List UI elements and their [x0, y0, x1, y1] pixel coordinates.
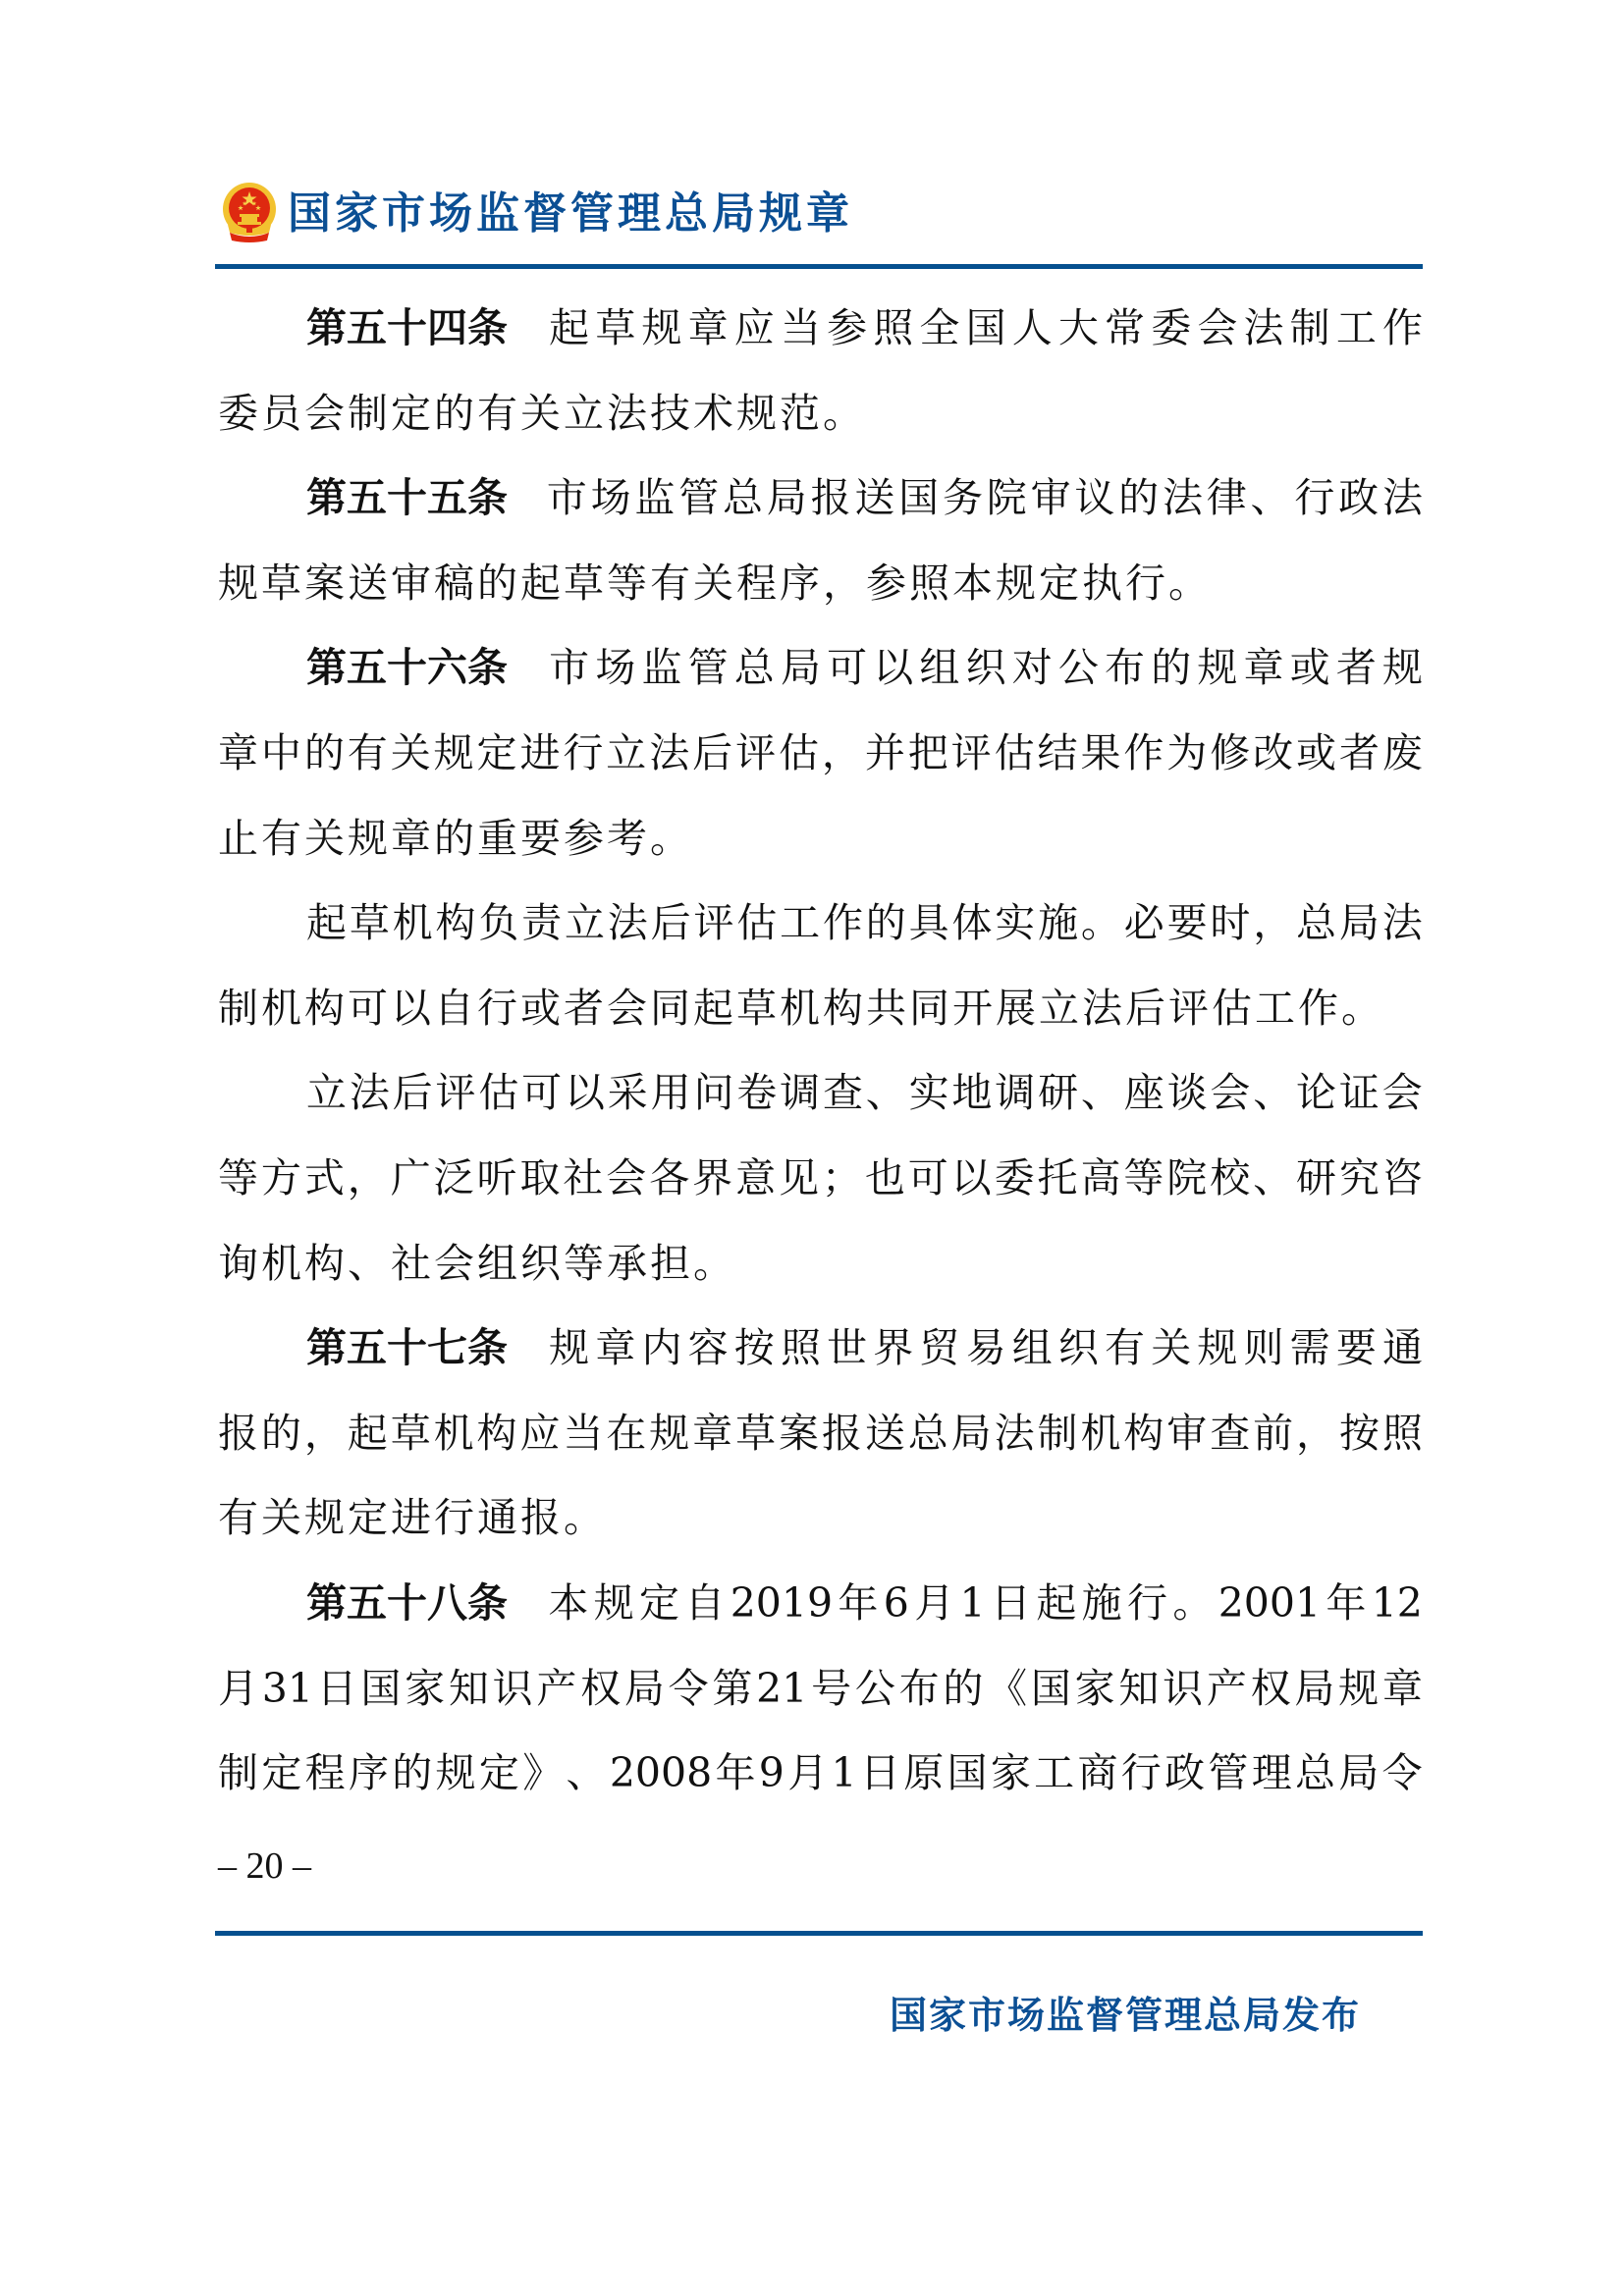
- glyph: 理: [1252, 1731, 1292, 1816]
- glyph: 、: [348, 1221, 388, 1307]
- glyph: 权: [1251, 1646, 1291, 1732]
- glyph: 草: [350, 881, 390, 966]
- glyph: 管: [688, 625, 729, 711]
- glyph: 等: [607, 541, 647, 626]
- glyph: 会: [434, 1221, 474, 1307]
- glyph: 作: [1298, 966, 1338, 1051]
- glyph: 具: [909, 881, 949, 966]
- glyph: 对: [1012, 625, 1053, 711]
- glyph: 贸: [919, 1306, 959, 1391]
- glyph: 9: [759, 1731, 785, 1816]
- glyph: 负: [478, 881, 518, 966]
- article-54-line-1: 第五十四条 起草规章应当参照全国人大常委会法制工作: [218, 286, 1423, 371]
- glyph: 关: [1151, 1306, 1191, 1391]
- glyph: 会: [304, 371, 345, 456]
- glyph: 地: [951, 1050, 992, 1136]
- glyph: 。: [650, 796, 690, 881]
- glyph: 律: [1207, 455, 1247, 541]
- glyph: 市: [549, 625, 589, 711]
- glyph: 的: [434, 371, 474, 456]
- glyph: 构: [823, 966, 863, 1051]
- glyph: 会: [1197, 286, 1237, 371]
- glyph: 布: [1105, 625, 1145, 711]
- glyph: 审: [1166, 1391, 1207, 1476]
- glyph: 局: [1294, 1646, 1334, 1732]
- glyph: 通: [477, 1475, 517, 1561]
- glyph: 体: [951, 881, 992, 966]
- glyph: 研: [1038, 1050, 1078, 1136]
- glyph: 的: [261, 1391, 301, 1476]
- article-54-line-2: 委员会制定的有关立法技术规范。: [218, 371, 1423, 456]
- glyph: 机: [393, 881, 433, 966]
- glyph: 问: [693, 1050, 733, 1136]
- glyph: 制: [218, 966, 258, 1051]
- glyph: 调: [780, 1050, 820, 1136]
- glyph: 、: [1081, 1050, 1121, 1136]
- glyph: 广: [391, 1136, 431, 1221]
- glyph: 起: [306, 881, 347, 966]
- glyph: 以: [565, 1050, 605, 1136]
- glyph: 必: [1124, 881, 1164, 966]
- glyph: 座: [1124, 1050, 1164, 1136]
- glyph: 公: [855, 1646, 895, 1732]
- article-number: 第五十六条: [306, 625, 508, 711]
- glyph: 应: [734, 286, 775, 371]
- glyph: 案: [304, 541, 345, 626]
- glyph: 国: [947, 1731, 988, 1816]
- glyph: 调: [995, 1050, 1035, 1136]
- glyph: 工: [1336, 286, 1377, 371]
- glyph: 要: [1336, 1306, 1377, 1391]
- glyph: 管: [678, 455, 719, 541]
- glyph: 章: [391, 796, 431, 881]
- glyph: 市: [547, 455, 587, 541]
- glyph: 家: [405, 1646, 445, 1732]
- glyph: 按: [1339, 1391, 1380, 1476]
- glyph: 布: [899, 1646, 940, 1732]
- glyph: 的: [477, 541, 517, 626]
- glyph: 章: [1244, 625, 1284, 711]
- glyph: 制: [348, 371, 388, 456]
- glyph: 规: [549, 1306, 589, 1391]
- glyph: 容: [688, 1306, 729, 1391]
- glyph: 易: [966, 1306, 1006, 1391]
- glyph: 局: [767, 455, 807, 541]
- glyph: 稿: [434, 541, 474, 626]
- glyph: 关: [391, 711, 431, 796]
- glyph: 草: [391, 1391, 431, 1476]
- glyph: 法: [649, 711, 689, 796]
- glyph: 把: [908, 711, 948, 796]
- glyph: 并: [865, 711, 905, 796]
- glyph: 作: [1123, 711, 1164, 796]
- glyph: 报: [822, 1391, 862, 1476]
- glyph: 行: [1125, 541, 1165, 626]
- header-title: 国家市场监督管理总局规章: [288, 187, 853, 241]
- glyph: 估: [736, 881, 777, 966]
- glyph: 共: [866, 966, 906, 1051]
- glyph: 中: [261, 711, 301, 796]
- glyph: 法: [1082, 966, 1122, 1051]
- glyph: 起: [1036, 1561, 1076, 1646]
- glyph: 。: [1172, 1561, 1213, 1646]
- glyph: 院: [987, 455, 1027, 541]
- glyph: 可: [521, 1050, 562, 1136]
- glyph: 本: [548, 1561, 588, 1646]
- glyph: 1: [960, 1561, 986, 1646]
- glyph: 责: [521, 881, 562, 966]
- article-55-line-2: 规草案送审稿的起草等有关程序，参照本规定执行。: [218, 541, 1423, 626]
- glyph: 证: [1339, 1050, 1380, 1136]
- glyph: 后: [651, 881, 691, 966]
- glyph: 产: [536, 1646, 576, 1732]
- glyph: 查: [1210, 1391, 1250, 1476]
- glyph: 草: [736, 966, 777, 1051]
- glyph: 号: [811, 1646, 851, 1732]
- glyph: 管: [1208, 1731, 1248, 1816]
- glyph: 内: [641, 1306, 681, 1391]
- glyph: 法: [350, 1050, 390, 1136]
- glyph: 、: [567, 1731, 607, 1816]
- glyph: 估: [1212, 966, 1252, 1051]
- glyph: 年: [715, 1731, 755, 1816]
- glyph: 国: [966, 286, 1006, 371]
- glyph: 程: [305, 1731, 346, 1816]
- glyph: ，: [348, 1136, 388, 1221]
- glyph: 重: [477, 796, 517, 881]
- glyph: 报: [811, 455, 851, 541]
- article-56-para-2-line-2: 制机构可以自行或者会同起草机构共同开展立法后评估工作。: [218, 966, 1423, 1051]
- glyph: 会: [1210, 1050, 1250, 1136]
- glyph: 照: [873, 286, 913, 371]
- glyph: 草: [261, 541, 301, 626]
- glyph: 校: [1210, 1136, 1250, 1221]
- glyph: 局: [1338, 1731, 1379, 1816]
- glyph: 定: [479, 1731, 519, 1816]
- glyph: 公: [1058, 625, 1099, 711]
- glyph: 泛: [434, 1136, 474, 1221]
- glyph: 照: [909, 541, 949, 626]
- glyph: 以: [391, 966, 431, 1051]
- glyph: 起: [348, 1391, 388, 1476]
- glyph: 取: [519, 1136, 560, 1221]
- glyph: 机: [1080, 1391, 1120, 1476]
- glyph: 。: [1081, 881, 1121, 966]
- glyph: 局: [624, 1646, 665, 1732]
- glyph: 关: [304, 796, 345, 881]
- glyph: 的: [434, 796, 474, 881]
- glyph: 有: [218, 1475, 258, 1561]
- glyph: 进: [391, 1475, 431, 1561]
- glyph: 行: [1121, 1731, 1162, 1816]
- glyph: 行: [563, 711, 603, 796]
- glyph: 等: [1123, 1136, 1164, 1221]
- glyph: 总: [1295, 1731, 1335, 1816]
- glyph: 结: [1038, 711, 1078, 796]
- glyph: 社: [391, 1221, 431, 1307]
- glyph: 、: [1253, 1136, 1293, 1221]
- glyph: 2008: [610, 1731, 712, 1816]
- glyph: 或: [1290, 625, 1330, 711]
- glyph: 以: [873, 625, 913, 711]
- glyph: 行: [434, 1475, 474, 1561]
- glyph: 论: [1296, 1050, 1336, 1136]
- glyph: 实: [909, 1050, 949, 1136]
- glyph: 有: [477, 371, 517, 456]
- article-57-line-2: 报的，起草机构应当在规章草案报送总局法制机构审查前，按照: [218, 1391, 1423, 1476]
- glyph: 构: [477, 1391, 517, 1476]
- glyph: 权: [580, 1646, 621, 1732]
- glyph: 展: [996, 966, 1036, 1051]
- article-56-line-1: 第五十六条 市场监管总局可以组织对公布的规章或者规: [218, 625, 1423, 711]
- glyph: 规: [304, 1475, 345, 1561]
- glyph: 作: [1382, 286, 1423, 371]
- glyph: 要: [520, 796, 561, 881]
- glyph: 的: [943, 1646, 983, 1732]
- glyph: 时: [1210, 881, 1250, 966]
- glyph: 本: [952, 541, 993, 626]
- glyph: 或: [520, 966, 561, 1051]
- glyph: 应: [519, 1391, 560, 1476]
- glyph: 作: [823, 881, 863, 966]
- glyph: 案: [779, 1391, 819, 1476]
- glyph: 草: [735, 1391, 776, 1476]
- glyph: 识: [1163, 1646, 1203, 1732]
- glyph: 用: [651, 1050, 691, 1136]
- glyph: 规: [434, 711, 474, 796]
- glyph: 组: [1012, 1306, 1053, 1391]
- glyph: 家: [991, 1731, 1031, 1816]
- glyph: 关: [520, 371, 561, 456]
- glyph: 机: [780, 966, 820, 1051]
- glyph: 查: [823, 1050, 863, 1136]
- glyph: 程: [736, 541, 777, 626]
- glyph: 立: [564, 371, 604, 456]
- glyph: 估: [478, 1050, 518, 1136]
- glyph: 组: [477, 1221, 517, 1307]
- glyph: 场: [595, 625, 635, 711]
- glyph: 有: [261, 796, 301, 881]
- page-header: 国家市场监督管理总局规章: [215, 177, 1423, 275]
- article-56-para-2-line-1: 起草机构负责立法后评估工作的具体实施。必要时，总局法: [218, 881, 1423, 966]
- glyph: 以: [951, 1136, 992, 1221]
- glyph: 法: [1382, 881, 1423, 966]
- glyph: 日: [317, 1646, 357, 1732]
- glyph: 产: [1207, 1646, 1247, 1732]
- glyph: 规: [1382, 625, 1423, 711]
- glyph: 审: [1031, 455, 1071, 541]
- glyph: 要: [1167, 881, 1208, 966]
- glyph: 政: [1164, 1731, 1205, 1816]
- glyph: 规: [1338, 1646, 1379, 1732]
- glyph: 规: [436, 1731, 476, 1816]
- article-56-line-2: 章中的有关规定进行立法后评估，并把评估结果作为修改或者废: [218, 711, 1423, 796]
- national-emblem-icon: [218, 182, 281, 244]
- glyph: 行: [1294, 455, 1334, 541]
- glyph: 2019: [731, 1561, 833, 1646]
- glyph: 进: [519, 711, 560, 796]
- glyph: 评: [435, 1050, 475, 1136]
- glyph: 总: [908, 1391, 948, 1476]
- glyph: 通: [1382, 1306, 1423, 1391]
- glyph: 参: [866, 541, 906, 626]
- glyph: 有: [1105, 1306, 1145, 1391]
- glyph: 实: [995, 881, 1035, 966]
- glyph: 章: [1382, 1646, 1423, 1732]
- glyph: 谈: [1167, 1050, 1208, 1136]
- glyph: 机: [261, 1221, 301, 1307]
- glyph: 章: [595, 1306, 635, 1391]
- glyph: 6: [884, 1561, 909, 1646]
- glyph: 工: [1255, 966, 1295, 1051]
- glyph: 需: [1290, 1306, 1330, 1391]
- glyph: 照: [781, 1306, 821, 1391]
- glyph: 有: [348, 711, 388, 796]
- glyph: 、: [1253, 1050, 1293, 1136]
- glyph: 会: [606, 1136, 646, 1221]
- glyph: 承: [607, 1221, 647, 1307]
- document-body: 第五十四条 起草规章应当参照全国人大常委会法制工作 委员会制定的有关立法技术规范…: [218, 286, 1423, 1816]
- article-number: 第五十八条: [306, 1561, 508, 1646]
- glyph: 的: [866, 881, 906, 966]
- glyph: 1: [832, 1731, 857, 1816]
- glyph: 当: [563, 1391, 603, 1476]
- glyph: 可: [348, 966, 388, 1051]
- glyph: 也: [865, 1136, 905, 1221]
- glyph: 等: [564, 1221, 604, 1307]
- glyph: 法: [608, 881, 648, 966]
- glyph: 见: [779, 1136, 819, 1221]
- glyph: 者: [1339, 711, 1380, 796]
- header-divider: [215, 264, 1423, 269]
- glyph: 规: [1197, 1306, 1237, 1391]
- glyph: 立: [306, 1050, 347, 1136]
- glyph: 知: [449, 1646, 489, 1732]
- glyph: 。: [1341, 966, 1381, 1051]
- glyph: 草: [595, 286, 635, 371]
- glyph: 政: [1338, 455, 1379, 541]
- glyph: 委: [995, 1136, 1035, 1221]
- glyph: 送: [854, 455, 894, 541]
- glyph: 废: [1382, 711, 1423, 796]
- glyph: 。: [693, 1221, 733, 1307]
- glyph: 规: [348, 796, 388, 881]
- glyph: 2001: [1218, 1561, 1321, 1646]
- glyph: 日: [860, 1731, 900, 1816]
- glyph: 规: [594, 1561, 634, 1646]
- glyph: 送: [865, 1391, 905, 1476]
- glyph: 章: [218, 711, 258, 796]
- glyph: 章: [692, 1391, 732, 1476]
- glyph: 托: [1038, 1136, 1078, 1221]
- glyph: 场: [591, 455, 631, 541]
- article-58-line-2: 月31日国家知识产权局令第21号公布的《国家知识产权局规章: [218, 1646, 1423, 1732]
- glyph: 。: [823, 371, 863, 456]
- glyph: 令: [1382, 1731, 1423, 1816]
- glyph: 局: [1339, 881, 1380, 966]
- glyph: 员: [261, 371, 301, 456]
- glyph: 年: [1326, 1561, 1366, 1646]
- glyph: 考: [607, 796, 647, 881]
- glyph: 果: [1080, 711, 1120, 796]
- glyph: 估: [995, 711, 1035, 796]
- glyph: 施: [1038, 881, 1078, 966]
- glyph: 规: [649, 1391, 689, 1476]
- glyph: 工: [780, 881, 820, 966]
- glyph: 规: [736, 371, 777, 456]
- glyph: 可: [908, 1136, 948, 1221]
- glyph: 为: [1166, 711, 1207, 796]
- glyph: 开: [952, 966, 993, 1051]
- glyph: 识: [493, 1646, 533, 1732]
- article-56-para-3-line-1: 立法后评估可以采用问卷调查、实地调研、座谈会、论证会: [218, 1050, 1423, 1136]
- article-56-para-3-line-3: 询机构、社会组织等承担。: [218, 1221, 1423, 1307]
- glyph: 院: [1166, 1136, 1207, 1221]
- glyph: 定: [639, 1561, 679, 1646]
- glyph: 报: [218, 1391, 258, 1476]
- glyph: 会: [607, 966, 647, 1051]
- glyph: 委: [218, 371, 258, 456]
- glyph: 法: [1163, 455, 1203, 541]
- glyph: 月: [787, 1731, 828, 1816]
- glyph: 报: [520, 1475, 561, 1561]
- footer-divider: [215, 1931, 1423, 1936]
- glyph: 改: [1253, 711, 1293, 796]
- glyph: 按: [734, 1306, 775, 1391]
- glyph: 等: [218, 1136, 258, 1221]
- glyph: 定: [391, 371, 431, 456]
- glyph: 后: [1125, 966, 1165, 1051]
- glyph: 起: [693, 966, 733, 1051]
- article-58-line-3: 制定程序的规定》、2008年9月1日原国家工商行政管理总局令: [218, 1731, 1423, 1816]
- glyph: 构: [304, 1221, 345, 1307]
- glyph: 可: [827, 625, 867, 711]
- glyph: 《: [987, 1646, 1027, 1732]
- glyph: 界: [873, 1306, 913, 1391]
- glyph: 议: [1074, 455, 1114, 541]
- article-55-line-1: 第五十五条 市场监管总局报送国务院审议的法律、行政法: [218, 455, 1423, 541]
- glyph: 技: [650, 371, 690, 456]
- article-56-para-3-line-2: 等方式，广泛听取社会各界意见；也可以委托高等院校、研究咨: [218, 1136, 1423, 1221]
- glyph: 会: [1382, 1050, 1423, 1136]
- glyph: 第: [712, 1646, 752, 1732]
- glyph: 修: [1210, 711, 1250, 796]
- glyph: 、: [1251, 455, 1291, 541]
- glyph: 定: [477, 711, 517, 796]
- glyph: 国: [898, 455, 939, 541]
- glyph: 或: [1296, 711, 1336, 796]
- glyph: 前: [1253, 1391, 1293, 1476]
- glyph: 执: [1082, 541, 1122, 626]
- glyph: 规: [218, 541, 258, 626]
- glyph: 日: [991, 1561, 1031, 1646]
- glyph: 商: [1077, 1731, 1117, 1816]
- glyph: 术: [693, 371, 733, 456]
- glyph: 工: [1034, 1731, 1074, 1816]
- glyph: 定: [348, 1475, 388, 1561]
- glyph: 总: [734, 625, 775, 711]
- glyph: 评: [951, 711, 992, 796]
- glyph: 的: [304, 711, 345, 796]
- glyph: 后: [692, 711, 732, 796]
- glyph: 同: [909, 966, 949, 1051]
- glyph: 界: [692, 1136, 732, 1221]
- glyph: 询: [218, 1221, 258, 1307]
- glyph: 务: [943, 455, 983, 541]
- glyph: 大: [1058, 286, 1099, 371]
- glyph: 构: [304, 966, 345, 1051]
- article-56-line-3: 止有关规章的重要参考。: [218, 796, 1423, 881]
